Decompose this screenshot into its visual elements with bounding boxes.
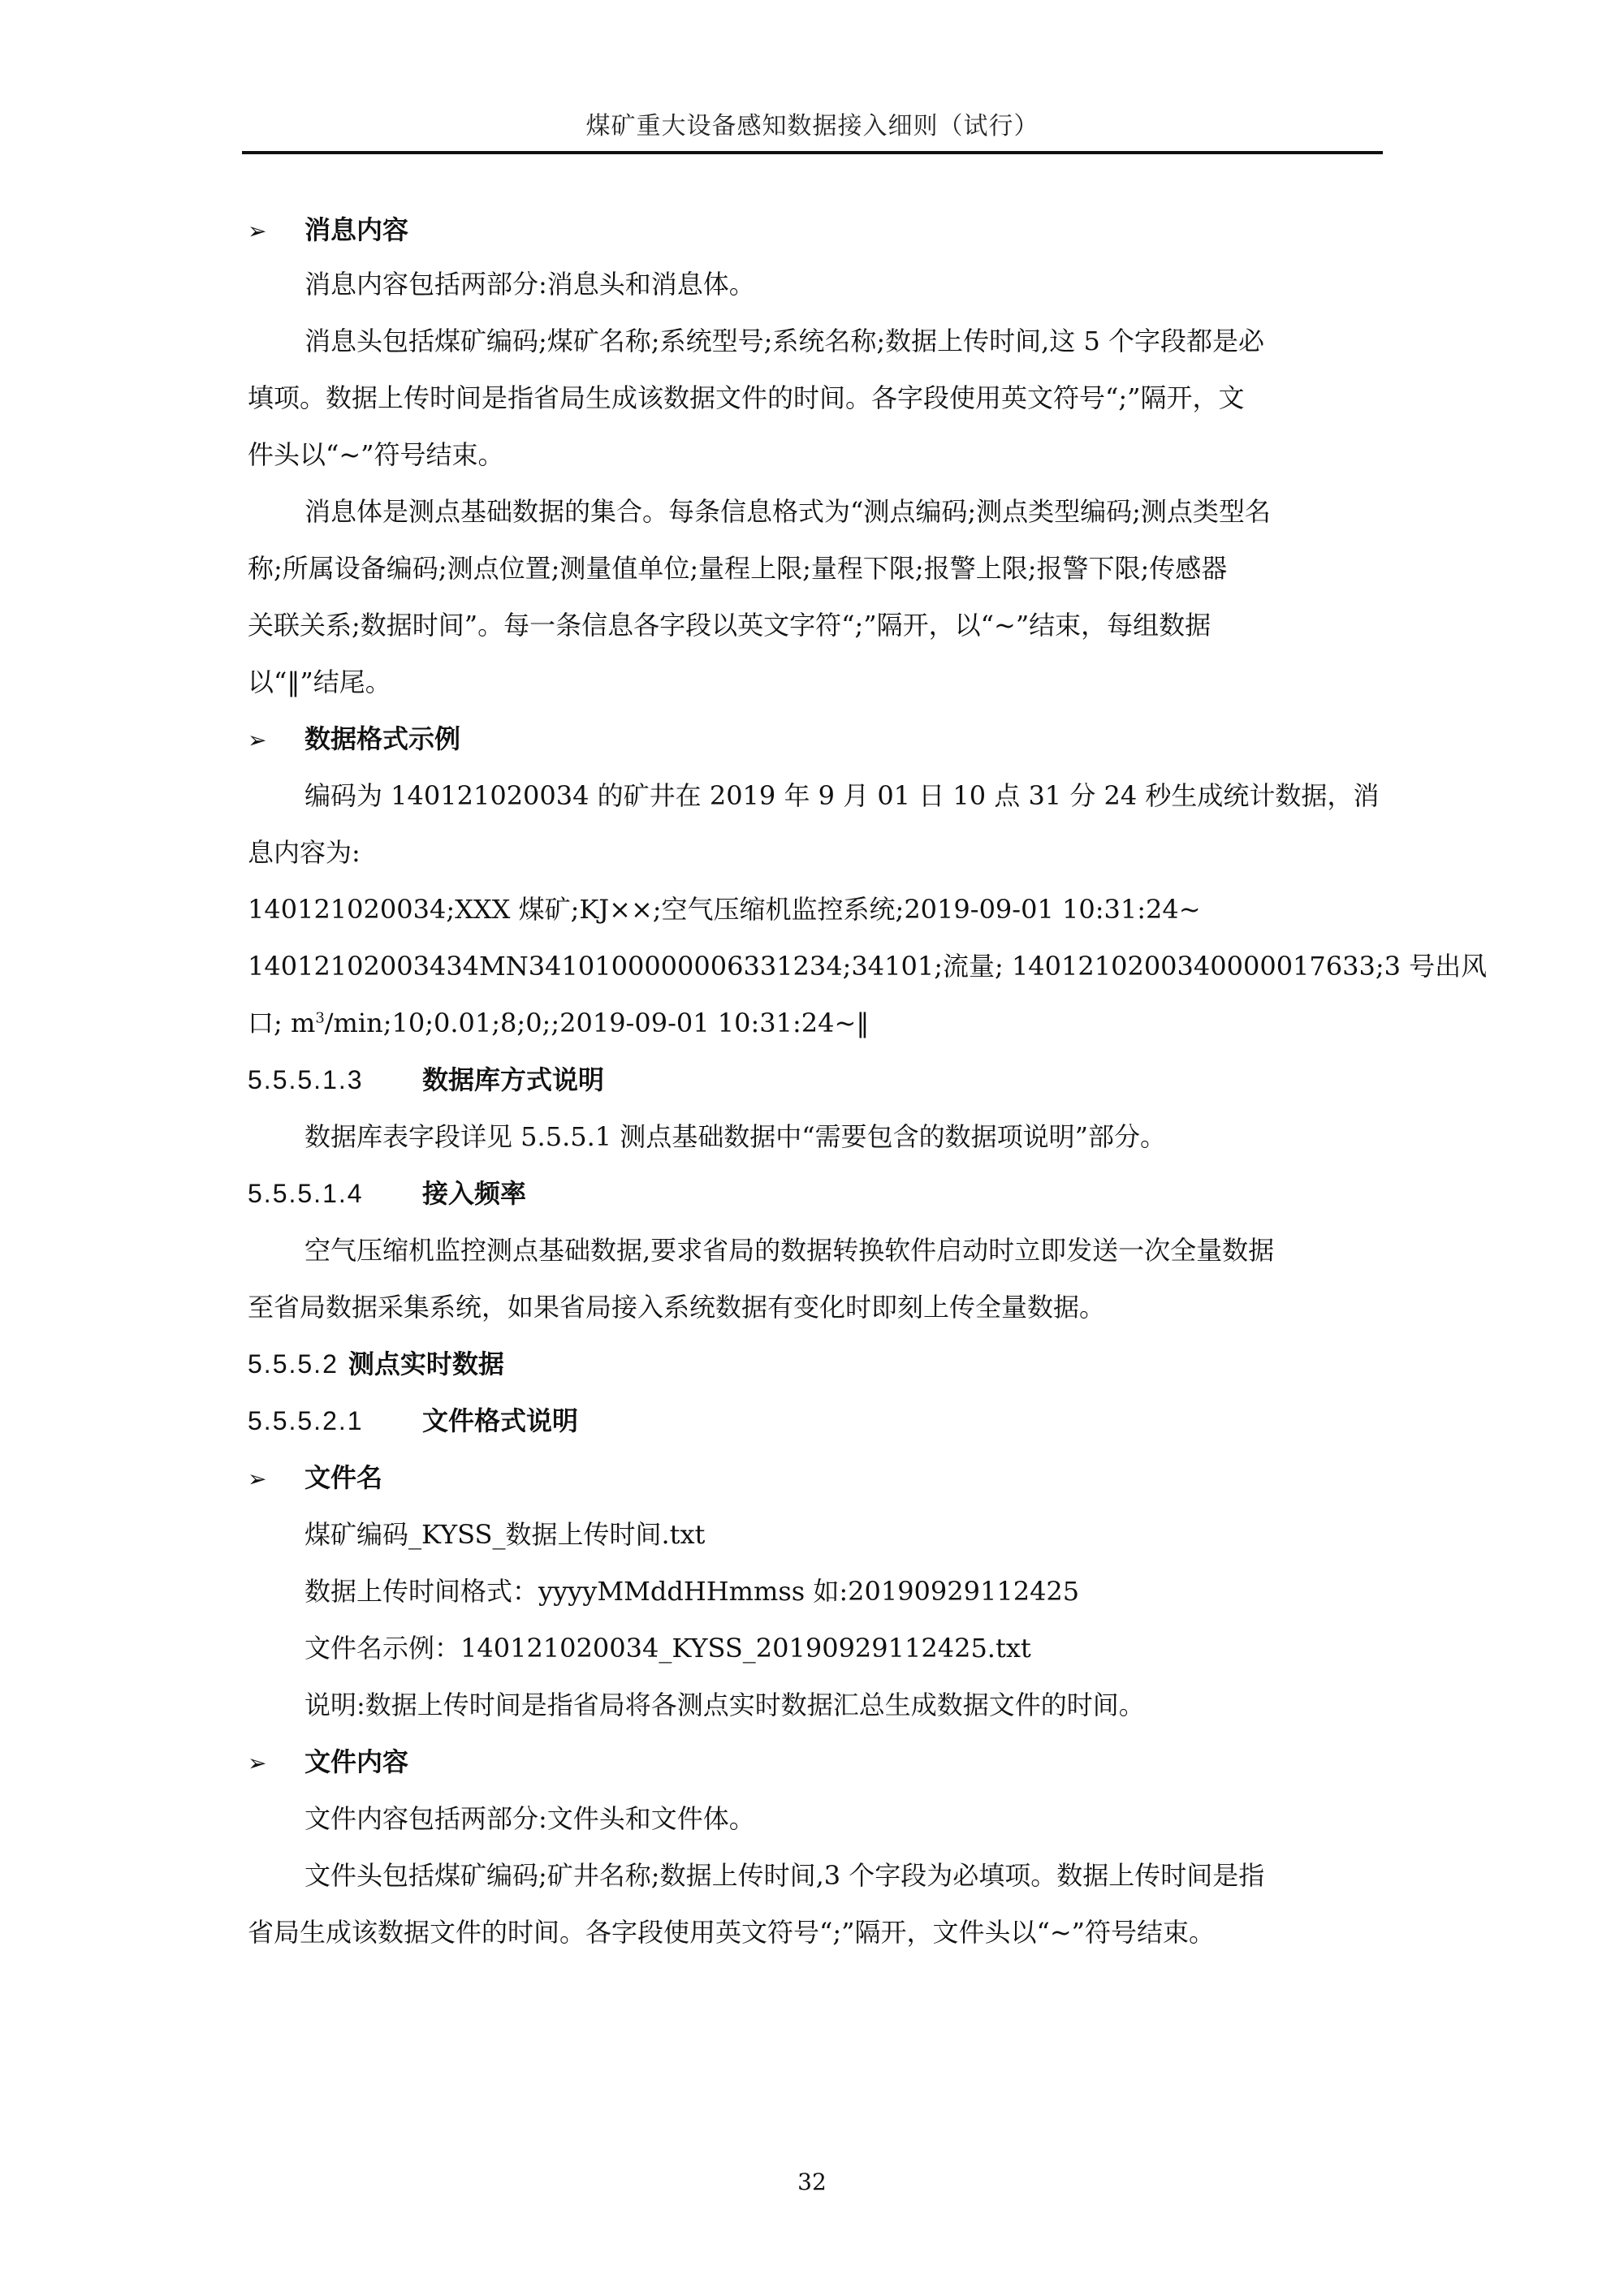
heading-file-name: ➢文件名 xyxy=(248,1461,1384,1495)
paragraph-line: 称;所属设备编码;测点位置;测量值单位;量程上限;量程下限;报警上限;报警下限;… xyxy=(248,552,1384,585)
paragraph: 空气压缩机监控测点基础数据,要求省局的数据转换软件启动时立即发送一次全量数据 xyxy=(304,1234,1441,1267)
heading-message-content: ➢消息内容 xyxy=(248,214,1384,248)
section-heading-realtime-data: 5.5.5.2测点实时数据 xyxy=(248,1348,1384,1380)
page-number: 32 xyxy=(0,2166,1624,2199)
paragraph: 文件名示例：140121020034_KYSS_20190929112425.t… xyxy=(304,1632,1441,1664)
example-code-line: 口; m3/min;10;0.01;8;0;;2019-09-01 10:31:… xyxy=(248,1007,1384,1039)
paragraph: 消息体是测点基础数据的集合。每条信息格式为“测点编码;测点类型编码;测点类型名 xyxy=(304,495,1441,528)
section-title: 数据库方式说明 xyxy=(422,1064,604,1095)
paragraph: 消息头包括煤矿编码;煤矿名称;系统型号;系统名称;数据上传时间,这 5 个字段都… xyxy=(304,325,1441,357)
section-title: 文件格式说明 xyxy=(422,1405,578,1436)
code-text: /min;10;0.01;8;0;;2019-09-01 10:31:24~‖ xyxy=(325,1008,870,1038)
paragraph-line: 以“‖”结尾。 xyxy=(248,666,1384,698)
paragraph: 数据库表字段详见 5.5.5.1 测点基础数据中“需要包含的数据项说明”部分。 xyxy=(304,1120,1441,1153)
arrow-bullet-icon: ➢ xyxy=(248,724,304,757)
arrow-bullet-icon: ➢ xyxy=(248,215,304,248)
heading-file-content: ➢文件内容 xyxy=(248,1746,1384,1780)
paragraph-line: 关联关系;数据时间”。每一条信息各字段以英文字符“;”隔开，以“~”结束，每组数… xyxy=(248,609,1384,641)
paragraph: 文件内容包括两部分:文件头和文件体。 xyxy=(304,1802,1441,1835)
section-number: 5.5.5.2 xyxy=(248,1348,339,1380)
paragraph-line: 息内容为: xyxy=(248,836,1384,869)
paragraph-line: 省局生成该数据文件的时间。各字段使用英文符号“;”隔开，文件头以“~”符号结束。 xyxy=(248,1916,1384,1949)
heading-text: 文件内容 xyxy=(304,1746,408,1777)
heading-text: 数据格式示例 xyxy=(304,723,460,754)
paragraph: 消息内容包括两部分:消息头和消息体。 xyxy=(304,268,1441,300)
paragraph: 说明:数据上传时间是指省局将各测点实时数据汇总生成数据文件的时间。 xyxy=(304,1689,1441,1721)
paragraph: 文件头包括煤矿编码;矿井名称;数据上传时间,3 个字段为必填项。数据上传时间是指 xyxy=(304,1859,1441,1892)
section-heading-access-frequency: 5.5.5.1.4接入频率 xyxy=(248,1177,1384,1210)
example-code-line: 140121020034;XXX 煤矿;KJ××;空气压缩机监控系统;2019-… xyxy=(248,893,1384,926)
paragraph-line: 件头以“~”符号结束。 xyxy=(248,438,1384,471)
heading-text: 文件名 xyxy=(304,1462,382,1493)
section-title: 测点实时数据 xyxy=(348,1349,504,1379)
code-text: 口; m xyxy=(248,1008,315,1038)
arrow-bullet-icon: ➢ xyxy=(248,1747,304,1780)
section-heading-db-method: 5.5.5.1.3数据库方式说明 xyxy=(248,1064,1384,1096)
section-title: 接入频率 xyxy=(422,1178,526,1209)
paragraph: 煤矿编码_KYSS_数据上传时间.txt xyxy=(304,1518,1441,1551)
paragraph: 编码为 140121020034 的矿井在 2019 年 9 月 01 日 10… xyxy=(304,779,1441,812)
arrow-bullet-icon: ➢ xyxy=(248,1463,304,1495)
section-number: 5.5.5.1.3 xyxy=(248,1064,422,1096)
running-header: 煤矿重大设备感知数据接入细则（试行） xyxy=(242,107,1383,146)
paragraph-line: 填项。数据上传时间是指省局生成该数据文件的时间。各字段使用英文符号“;”隔开，文 xyxy=(248,382,1384,414)
section-number: 5.5.5.2.1 xyxy=(248,1405,422,1437)
heading-format-example: ➢数据格式示例 xyxy=(248,723,1384,757)
header-divider xyxy=(242,151,1383,154)
example-code-line: 14012102003434MN3410100000006331234;3410… xyxy=(248,950,1384,982)
heading-text: 消息内容 xyxy=(304,214,408,245)
paragraph: 数据上传时间格式：yyyyMMddHHmmss 如:20190929112425 xyxy=(304,1575,1441,1608)
superscript: 3 xyxy=(315,1009,324,1026)
paragraph-line: 至省局数据采集系统，如果省局接入系统数据有变化时即刻上传全量数据。 xyxy=(248,1291,1384,1323)
section-number: 5.5.5.1.4 xyxy=(248,1177,422,1210)
section-heading-file-format: 5.5.5.2.1文件格式说明 xyxy=(248,1405,1384,1437)
